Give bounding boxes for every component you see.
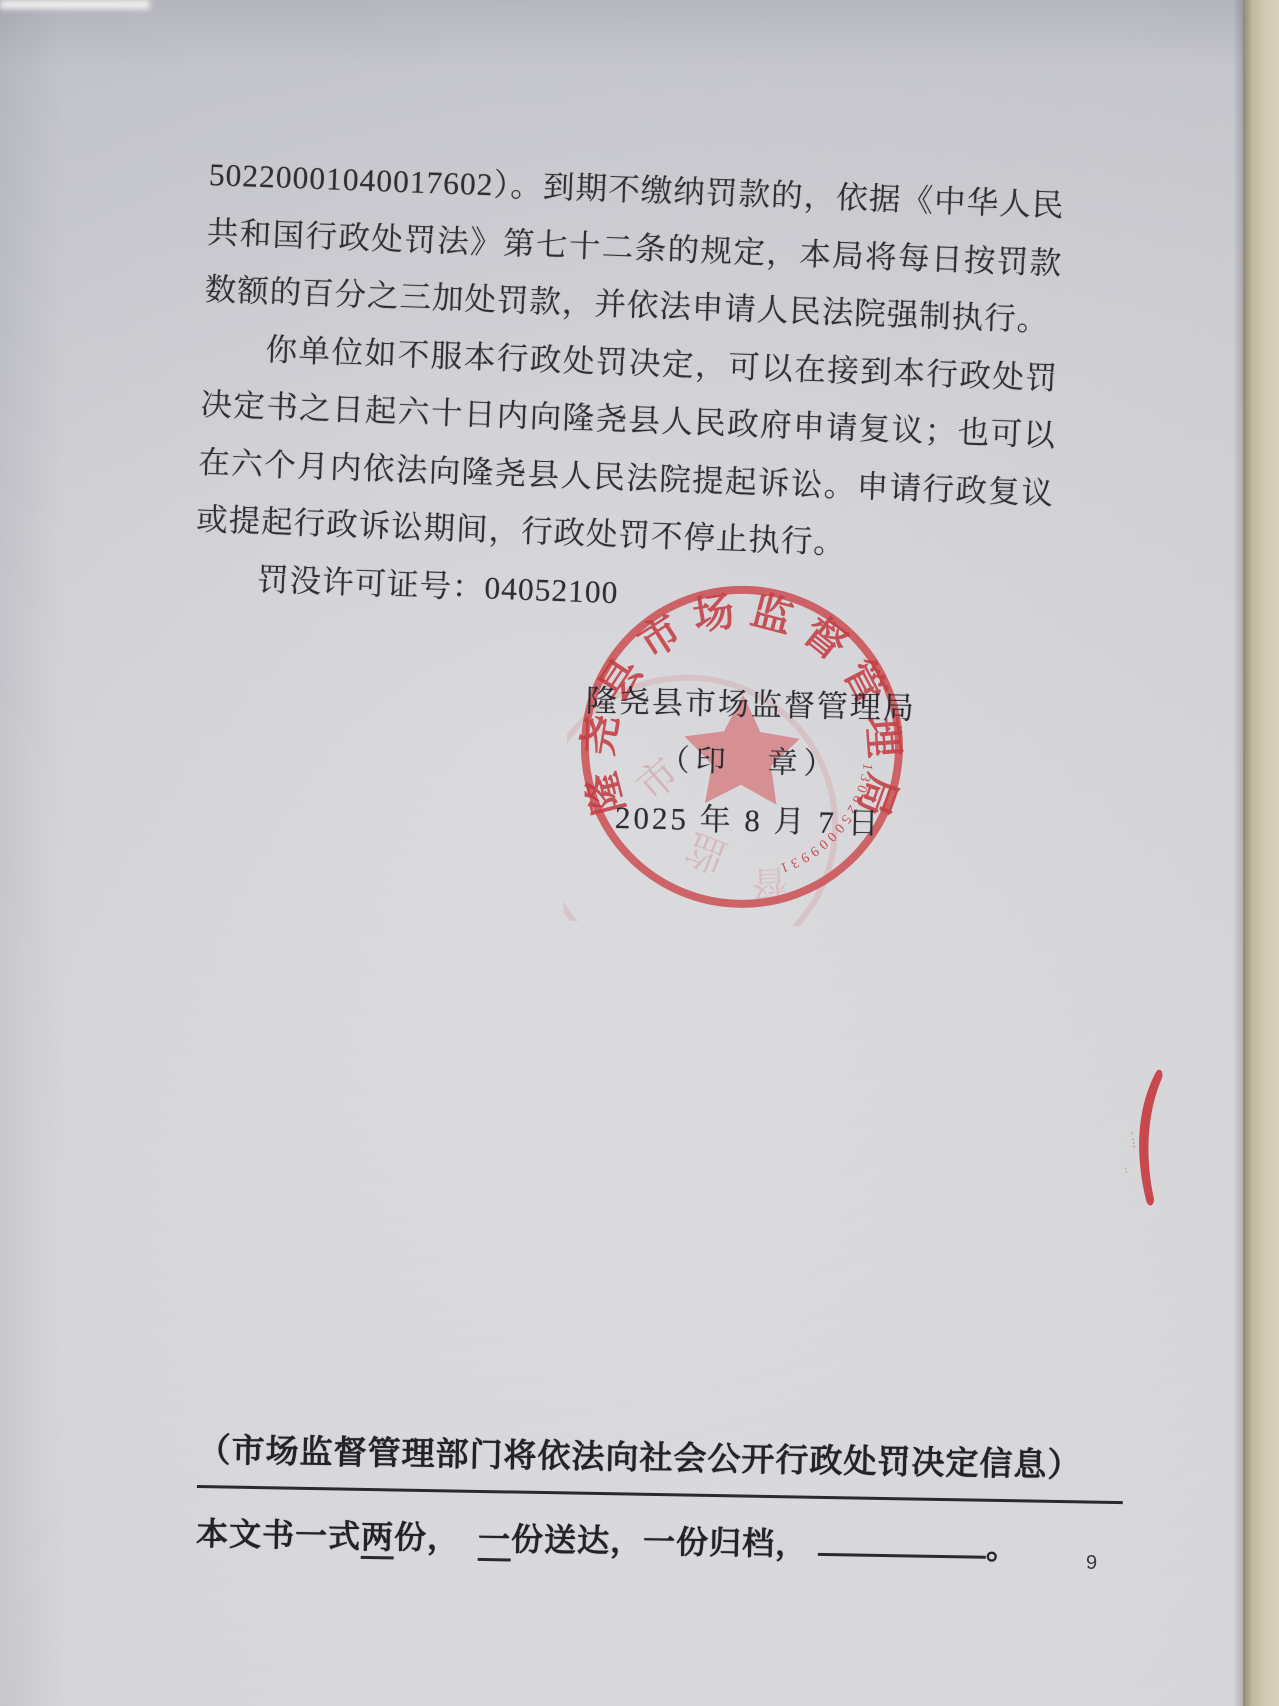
copies-count-underlined: 两	[361, 1518, 395, 1559]
page-number: 9	[1086, 1552, 1097, 1575]
footer-block: （市场监督管理部门将依法向社会公开行政处罚决定信息） 本文书一式两份，一份送达，…	[196, 1424, 1126, 1571]
copies-text: 本文书一式	[196, 1516, 362, 1555]
copies-text: 份，	[394, 1519, 461, 1556]
copies-text: 份送达，一份归档，	[511, 1521, 809, 1562]
paper-top-edge-highlight	[0, 0, 150, 9]
paper-edge-shadow	[1233, 0, 1243, 1706]
copies-distribution-line: 本文书一式两份，一份送达，一份归档，。	[196, 1508, 1125, 1571]
edge-seal-fragment: · ··· ··	[1112, 1068, 1172, 1218]
paragraph-payment-warning: 50220001040017602）。到期不缴纳罚款的，依据《中华人民共和国行政…	[204, 146, 1066, 350]
body-text: 50220001040017602）。到期不缴纳罚款的，依据《中华人民共和国行政…	[193, 146, 1065, 637]
blank-fill-line	[818, 1519, 987, 1559]
edge-seal-arc	[1139, 1070, 1162, 1206]
paragraph-appeal-rights: 你单位如不服本行政处罚决定，可以在接到本行政处罚决定书之日起六十日内向隆尧县人民…	[195, 318, 1059, 579]
signature-block: 市 监 督 隆尧县市场监督管理局 1306250009931 隆尧县市场监督管理…	[531, 570, 969, 920]
edge-seal-specks: · ···	[1125, 1130, 1140, 1149]
copies-one-underlined: 一	[478, 1521, 512, 1562]
edge-seal-specks: ··	[1119, 1166, 1131, 1175]
document-photo: 50220001040017602）。到期不缴纳罚款的，依据《中华人民共和国行政…	[0, 0, 1279, 1706]
background-surface-strip	[1243, 0, 1279, 1706]
footer-divider	[197, 1485, 1123, 1504]
public-disclosure-notice: （市场监督管理部门将依法向社会公开行政处罚决定信息）	[197, 1424, 1126, 1487]
copies-period: 。	[986, 1529, 1020, 1566]
